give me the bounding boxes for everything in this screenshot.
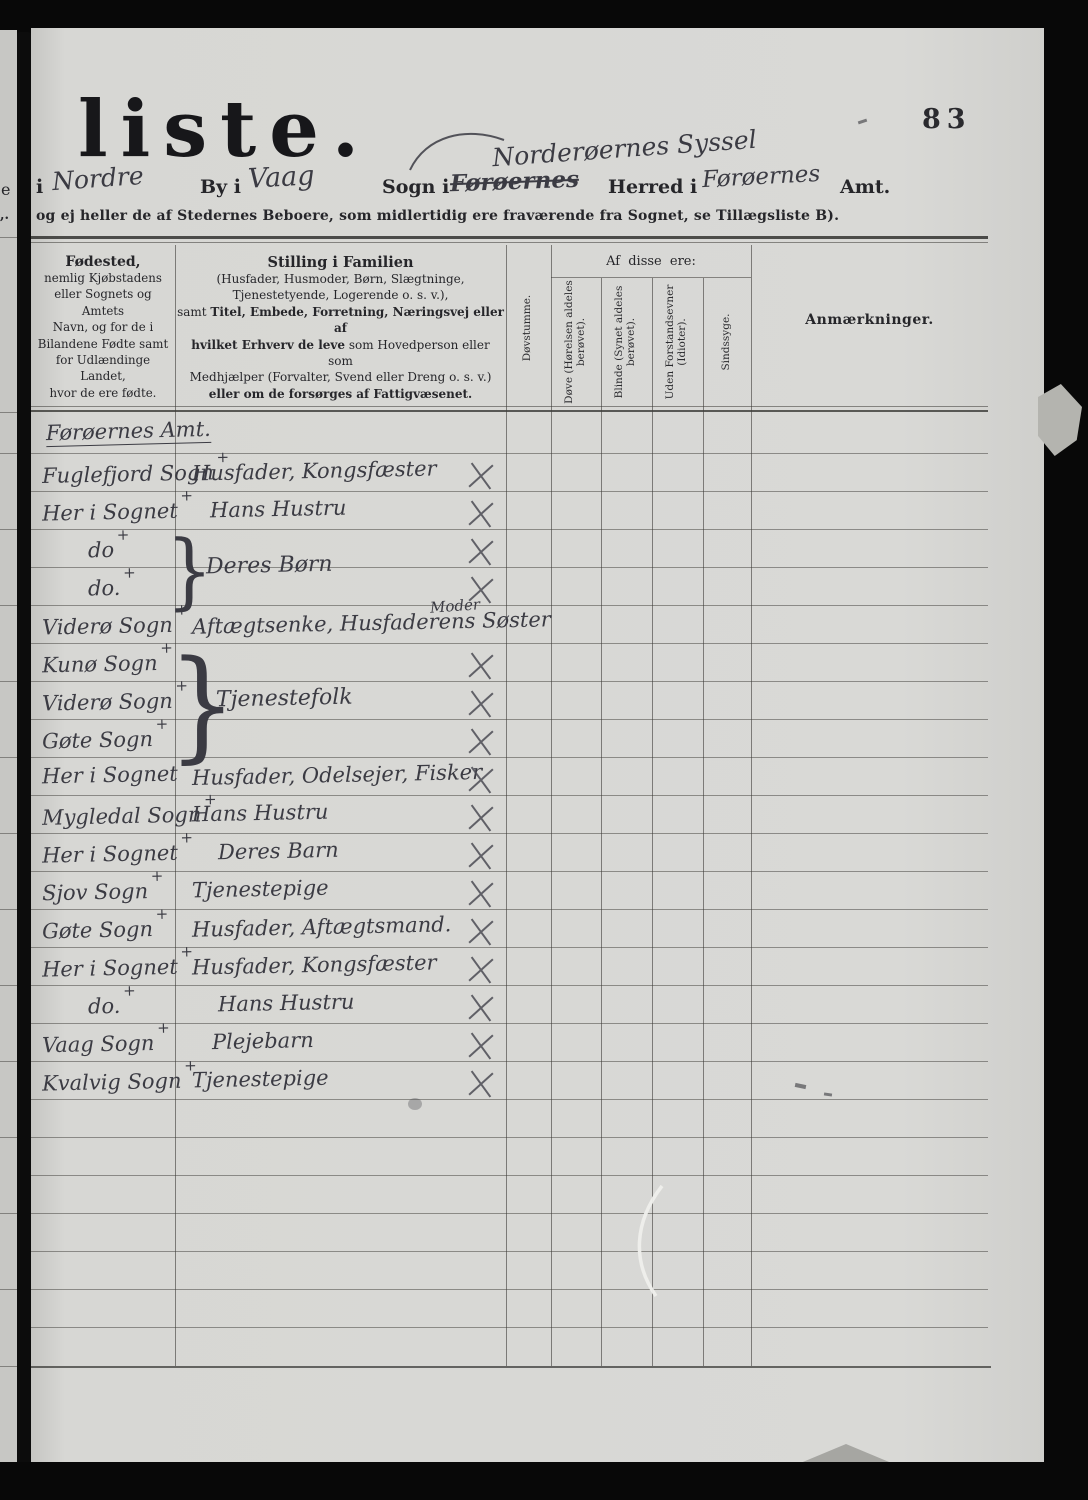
cut-row-line: [0, 757, 17, 758]
dagger-mark: +: [155, 715, 168, 733]
x-mark: [465, 802, 498, 835]
x-mark: [465, 498, 498, 531]
section-heading-amt: Førøernes Amt.: [46, 417, 211, 447]
form-label-herred: Herred i: [608, 176, 697, 198]
header-line: hvilket Erhverv de leve som Hovedperson …: [177, 337, 504, 370]
birthplace-cell: Vaag Sogn+: [42, 1028, 171, 1058]
header-line: nemlig Kjøbstadens: [33, 270, 173, 286]
x-mark: [465, 954, 498, 987]
cut-row-line: [0, 453, 17, 454]
handwritten-sogn-value-struck: Førøernes: [450, 166, 580, 197]
header-birthplace-lines: nemlig Kjøbstadenseller Sognets og Amtet…: [33, 270, 173, 401]
dagger-mark: +: [117, 526, 130, 544]
header-line: for Udlændinge Landet,: [33, 352, 173, 385]
vertical-column-label: Blinde (Synet aldeles berøvet).: [614, 267, 638, 417]
header-line: samt Titel, Embede, Forretning, Næringsv…: [177, 304, 504, 337]
header-line: eller Sognets og Amtets: [33, 286, 173, 319]
header-line: Medhjælper (Forvalter, Svend eller Dreng…: [177, 369, 504, 385]
cut-row-line: [0, 1213, 17, 1214]
position-cell: Tjenestepige: [192, 876, 329, 903]
header-birthplace: Fødested, nemlig Kjøbstadenseller Sognet…: [33, 254, 173, 401]
birthplace-cell: Sjov Sogn+: [42, 876, 164, 906]
position-cell: Tjenestefolk: [216, 685, 353, 713]
scanner-background-bottom: [0, 1462, 1088, 1500]
x-mark: [465, 840, 498, 873]
birthplace-cell: Viderø Sogn+: [42, 685, 189, 715]
birthplace-cell: Kunø Sogn+: [42, 648, 174, 678]
table-bottom-rule: [31, 1366, 991, 1368]
scanner-background-top: [0, 0, 1088, 28]
scanned-census-page: e ,. liste. 83 Norderøernes Syssel i Nor…: [0, 0, 1088, 1500]
scan-scratch-mark: [626, 1182, 670, 1300]
dagger-mark: +: [157, 1019, 170, 1037]
birthplace-cell: Her i Sognet+: [42, 495, 194, 525]
x-mark: [465, 916, 498, 949]
vertical-column-label: Sindssyge.: [721, 267, 733, 417]
form-label-by: By i: [200, 176, 241, 198]
position-cell: Tjenestepige: [192, 1066, 329, 1093]
position-cell: Plejebarn: [212, 1028, 314, 1054]
header-position: Stilling i Familien (Husfader, Husmoder,…: [177, 254, 504, 402]
birthplace-cell: Her i Sognet+: [42, 837, 194, 867]
cut-row-line: [0, 1366, 17, 1367]
x-mark: [465, 688, 498, 721]
x-mark: [465, 878, 498, 911]
table-top-rule: [31, 236, 988, 239]
position-cell: Deres Børn: [206, 552, 333, 580]
cut-text-fragment: e: [1, 180, 10, 199]
x-mark: [465, 1068, 498, 1101]
cut-row-line: [0, 681, 17, 682]
header-birthplace-title: Fødested,: [33, 254, 173, 270]
x-mark: [465, 764, 498, 797]
header-position-title: Stilling i Familien: [177, 254, 504, 271]
cut-row-line: [0, 909, 17, 910]
birthplace-cell: Gøte Sogn+: [42, 914, 169, 944]
handwritten-by-value: Vaag: [247, 160, 315, 194]
position-cell: Hans Hustru: [210, 496, 347, 523]
position-cell: Hans Hustru: [218, 990, 355, 1017]
page-number: 83: [922, 104, 972, 135]
ink-blot: [408, 1098, 422, 1110]
birthplace-cell: Gøte Sogn+: [42, 724, 169, 754]
form-label-amt: Amt.: [840, 176, 890, 198]
dagger-mark: +: [180, 828, 193, 846]
header-line: eller om de forsørges af Fattigvæsenet.: [177, 386, 504, 402]
cut-row-line: [0, 985, 17, 986]
header-line: (Husfader, Husmoder, Børn, Slægtninge,: [177, 271, 504, 287]
position-cell: Husfader, Kongsfæster: [192, 456, 437, 485]
previous-page-edge: e ,.: [0, 30, 17, 1462]
position-cell: Deres Barn: [218, 838, 339, 865]
cut-row-line: [0, 605, 17, 606]
dagger-mark: +: [175, 600, 188, 618]
cut-row-line: [0, 1137, 17, 1138]
header-line: Bilandene Fødte samt: [33, 336, 173, 352]
x-mark: [465, 536, 498, 569]
position-cell: Hans Hustru: [192, 800, 329, 827]
cut-row-line: [0, 1289, 17, 1290]
dagger-mark: +: [155, 905, 168, 923]
column-line: [506, 245, 507, 1366]
birthplace-cell: do.+: [88, 991, 137, 1019]
birthplace-cell: do.+: [88, 573, 137, 601]
header-line: hvor de ere fødte.: [33, 385, 173, 401]
header-position-lines: (Husfader, Husmoder, Børn, Slægtninge,Tj…: [177, 271, 504, 402]
x-mark: [465, 650, 498, 683]
form-note-line: og ej heller de af Stedernes Beboere, so…: [36, 208, 839, 224]
dagger-mark: +: [123, 564, 136, 582]
form-label-sogn: Sogn i: [382, 176, 449, 198]
cut-text-fragment: ,.: [0, 208, 9, 223]
cut-row-line: [0, 833, 17, 834]
position-cell: Husfader, Kongsfæster: [192, 950, 437, 979]
vertical-column-label: Døvstumme.: [522, 253, 534, 403]
x-mark: [465, 1030, 498, 1063]
header-line: Tjenestetyende, Logerende o. s. v.),: [177, 287, 504, 303]
column-line: [751, 245, 752, 1366]
form-label-i: i: [36, 176, 43, 198]
vertical-column-label: Døve (Hørelsen aldeles berøvet).: [564, 267, 588, 417]
scanner-background-right: [1044, 0, 1088, 1500]
column-line: [551, 245, 552, 1366]
dagger-mark: +: [151, 867, 164, 885]
table-top-rule-thin: [31, 242, 988, 243]
column-line: [703, 278, 704, 1366]
column-line: [601, 278, 602, 1366]
cut-row-line: [0, 1061, 17, 1062]
birthplace-cell: do+: [88, 535, 130, 563]
vertical-column-label: Uden Forstandsevner (Idioter).: [665, 267, 689, 417]
cut-row-line: [0, 412, 17, 413]
dagger-mark: +: [175, 676, 188, 694]
cut-row-line: [0, 237, 17, 238]
x-mark: [465, 460, 498, 493]
cut-row-line: [0, 529, 17, 530]
x-mark: [465, 992, 498, 1025]
birthplace-cell: Her i Sognet: [42, 762, 178, 789]
dagger-mark: +: [123, 982, 136, 1000]
correction-note: Moder: [429, 595, 480, 616]
book-binding-bar: [17, 32, 31, 1468]
dagger-mark: +: [180, 486, 193, 504]
x-mark: [465, 726, 498, 759]
birthplace-cell: Viderø Sogn+: [42, 609, 189, 639]
birthplace-cell: Kvalvig Sogn+: [42, 1065, 198, 1095]
header-remarks: Anmærkninger.: [753, 312, 986, 328]
birthplace-cell: Her i Sognet+: [42, 951, 194, 981]
header-line: Navn, og for de i: [33, 319, 173, 335]
